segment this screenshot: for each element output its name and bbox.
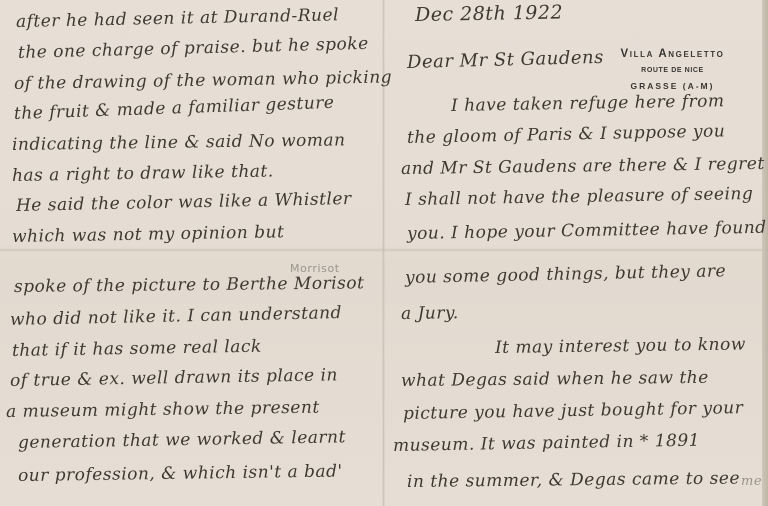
letterhead-town: GRASSE (A-M) <box>585 81 760 91</box>
salutation: Dear Mr St Gaudens <box>407 47 604 73</box>
handwritten-line: our profession, & which isn't a bad' <box>18 461 343 486</box>
handwritten-line: picture you have just bought for your <box>403 398 744 424</box>
handwritten-line: generation that we worked & learnt <box>18 427 346 453</box>
handwritten-line: what Degas said when he saw the <box>401 368 709 391</box>
handwritten-line: I shall not have the pleasure of seeing <box>405 184 754 210</box>
handwritten-line: of the drawing of the woman who picking <box>14 67 392 94</box>
handwritten-line: after he had seen it at Durand-Ruel <box>16 5 339 32</box>
handwritten-line: a museum might show the present <box>6 398 320 422</box>
handwritten-line: you. I hope your Committee have found <box>407 218 767 244</box>
handwritten-line: the fruit & made a familiar gesture <box>14 93 335 124</box>
letter-date: Dec 28th 1922 <box>415 1 563 26</box>
handwritten-line: the one charge of praise. but he spoke <box>18 34 369 63</box>
handwritten-line: museum. It was painted in * 1891 <box>393 431 700 456</box>
handwritten-line: spoke of the picture to Berthe Morisot <box>14 273 365 297</box>
handwritten-line: in the summer, & Degas came to see <box>407 469 740 492</box>
handwritten-line: indicating the line & said No woman <box>12 130 346 155</box>
handwritten-line: which was not my opinion but <box>12 222 285 247</box>
left-page: after he had seen it at Durand-Ruel the … <box>0 0 382 506</box>
handwritten-line: It may interest you to know <box>495 334 746 358</box>
handwritten-line: and Mr St Gaudens are there & I regret <box>401 154 765 179</box>
right-page: Dec 28th 1922 Villa Angeletto ROUTE DE N… <box>385 0 762 506</box>
handwritten-line: He said the color was like a Whistler <box>16 189 352 216</box>
handwritten-line: a Jury. <box>401 303 459 324</box>
handwritten-line: you some good things, but they are <box>405 261 727 288</box>
pencil-annotation: me <box>741 474 762 489</box>
letterhead-villa-name: Villa Angeletto <box>585 48 760 60</box>
handwritten-line: has a right to draw like that. <box>12 161 274 186</box>
handwritten-line: the gloom of Paris & I suppose you <box>407 121 726 148</box>
letterhead-road: ROUTE DE NICE <box>585 67 760 74</box>
paper-edge <box>762 0 768 506</box>
handwritten-line: of true & ex. well drawn its place in <box>10 365 338 391</box>
handwritten-line: I have taken refuge here from <box>451 91 725 116</box>
letterhead: Villa Angeletto ROUTE DE NICE GRASSE (A-… <box>585 48 760 91</box>
handwritten-line: who did not like it. I can understand <box>10 303 342 330</box>
handwritten-line: that if it has some real lack <box>12 337 262 361</box>
